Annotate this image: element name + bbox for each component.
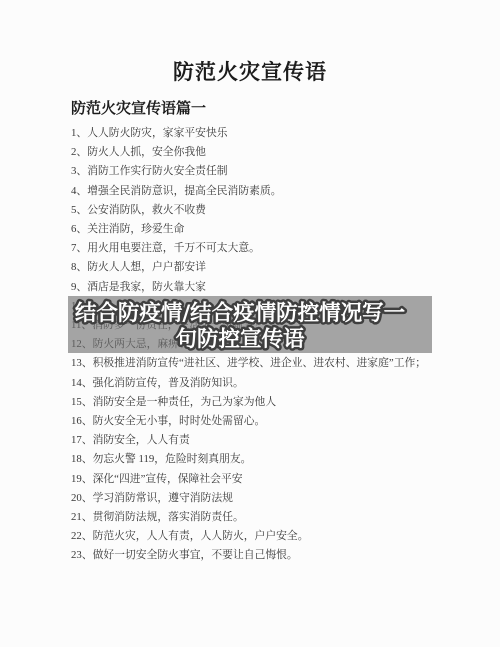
list-item-17: 17、消防安全，人人有责 xyxy=(71,431,433,450)
list-item-9: 9、酒店是我家，防火靠大家 xyxy=(71,278,433,297)
list-item-20: 20、学习消防常识，遵守消防法规 xyxy=(71,489,433,508)
section-heading: 防范火灾宣传语篇一 xyxy=(71,97,206,118)
list-item-19: 19、深化“四进”宣传，保障社会平安 xyxy=(71,470,433,489)
list-item-13: 13、积极推进消防宣传“进社区、进学校、进企业、进农村、进家庭”工作； xyxy=(71,354,433,373)
list-item-16: 16、防火安全无小事，时时处处需留心。 xyxy=(71,412,433,431)
list-item-8: 8、防火人人想，户户都安详 xyxy=(71,258,433,277)
list-item-23: 23、做好一切安全防火事宜，不要让自己悔恨。 xyxy=(71,546,433,565)
watermark-band xyxy=(68,296,432,353)
list-item-3: 3、消防工作实行防火安全责任制 xyxy=(71,162,433,181)
list-item-2: 2、防火人人抓，安全你我他 xyxy=(71,143,433,162)
list-item-1: 1、人人防火防灾，家家平安快乐 xyxy=(71,124,433,143)
list-item-5: 5、公安消防队，救火不收费 xyxy=(71,201,433,220)
list-item-7: 7、用火用电要注意，千万不可太大意。 xyxy=(71,239,433,258)
page-title: 防范火灾宣传语 xyxy=(0,56,500,86)
list-item-21: 21、贯彻消防法规，落实消防责任。 xyxy=(71,508,433,527)
list-item-14: 14、强化消防宣传，普及消防知识。 xyxy=(71,374,433,393)
list-item-4: 4、增强全民消防意识，提高全民消防素质。 xyxy=(71,182,433,201)
list-item-22: 22、防范火灾，人人有责，人人防火，户户安全。 xyxy=(71,527,433,546)
list-item-18: 18、勿忘火警 119，危险时刻真朋友。 xyxy=(71,450,433,469)
list-item-6: 6、关注消防，珍爱生命 xyxy=(71,220,433,239)
list-item-15: 15、消防安全是一种责任，为己为家为他人 xyxy=(71,393,433,412)
